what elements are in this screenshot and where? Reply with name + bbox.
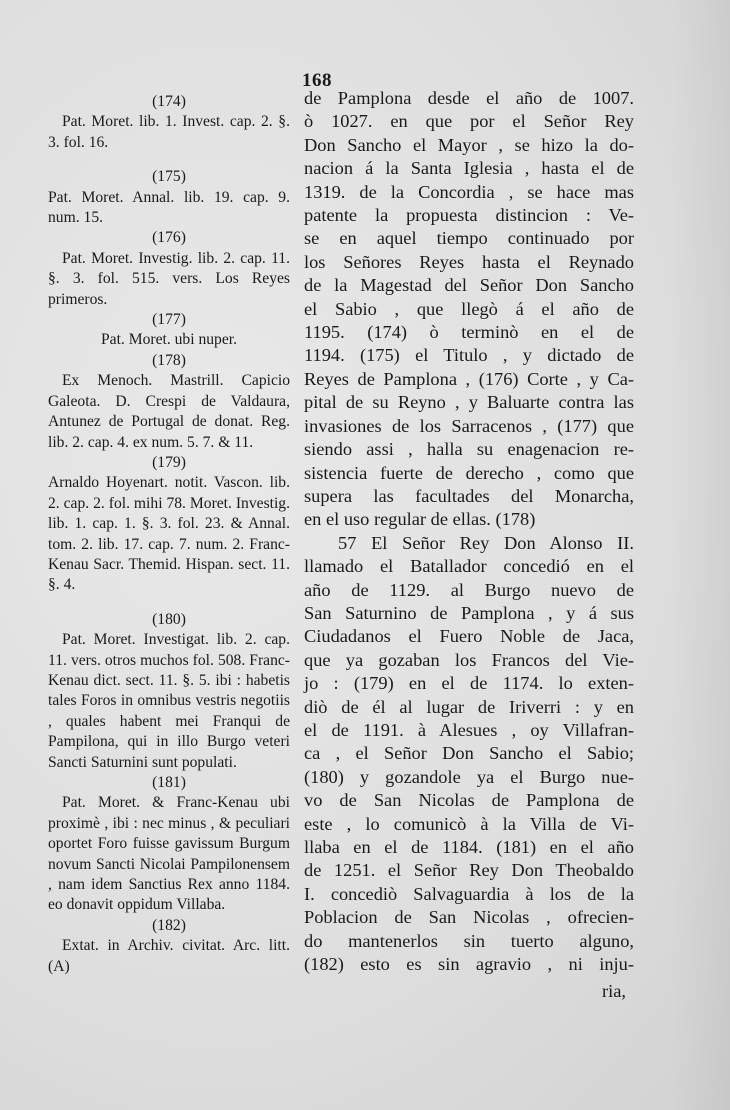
text-line: siendo assi , halla su enagenacion re- <box>304 438 634 461</box>
text-line: llaba en el de 1184. (181) en el año <box>304 836 634 859</box>
footnote-176: (176) Pat. Moret. Investig. lib. 2. cap.… <box>48 228 290 310</box>
main-text-column: de Pamplona desde el año de 1007. ò 1027… <box>304 87 634 1004</box>
footnote-text: Pat. Moret. Investigat. lib. 2. cap. 11.… <box>48 630 290 773</box>
text-line: I. concediò Salvaguardia à los de la <box>304 883 634 906</box>
text-line: jo : (179) en el de 1174. lo exten- <box>304 672 634 695</box>
footnote-180: (180) Pat. Moret. Investigat. lib. 2. ca… <box>48 610 290 773</box>
text-line: (182) esto es sin agravio , ni inju- <box>304 953 634 976</box>
footnote-text: Pat. Moret. & Franc-Kenau ubi proximè , … <box>48 793 290 915</box>
footnote-text: Pat. Moret. lib. 1. Invest. cap. 2. §. 3… <box>48 112 290 153</box>
text-line: ca , el Señor Don Sancho el Sabio; <box>304 742 634 765</box>
text-line: 1194. (175) el Titulo , y dictado de <box>304 344 634 367</box>
footnote-number: (180) <box>48 610 290 630</box>
footnote-number: (178) <box>48 351 290 371</box>
text-line: diò de él al lugar de Iriverri : y en <box>304 696 634 719</box>
footnote-179: (179) Arnaldo Hoyenart. notit. Vascon. l… <box>48 453 290 596</box>
footnotes-column: (174) Pat. Moret. lib. 1. Invest. cap. 2… <box>48 92 290 977</box>
text-line: vo de San Nicolas de Pamplona de <box>304 789 634 812</box>
text-line: el de 1191. à Alesues , oy Villafran- <box>304 719 634 742</box>
text-line: pital de su Reyno , y Baluarte contra la… <box>304 391 634 414</box>
text-line: San Saturnino de Pamplona , y á sus <box>304 602 634 625</box>
footnote-174: (174) Pat. Moret. lib. 1. Invest. cap. 2… <box>48 92 290 153</box>
text-line: este , lo comunicò à la Villa de Vi- <box>304 813 634 836</box>
text-line: invasiones de los Sarracenos , (177) que <box>304 415 634 438</box>
paragraph-57-start: 57 El Señor Rey Don Alonso II. <box>304 532 634 555</box>
footnote-number: (181) <box>48 773 290 793</box>
footnote-178: (178) Ex Menoch. Mastrill. Capicio Galeo… <box>48 351 290 453</box>
footnote-text: Pat. Moret. Investig. lib. 2. cap. 11. §… <box>48 249 290 310</box>
footnote-number: (179) <box>48 453 290 473</box>
footnote-text: Extat. in Archiv. civitat. Arc. litt. (A… <box>48 936 290 977</box>
footnote-number: (176) <box>48 228 290 248</box>
document-page: 168 (174) Pat. Moret. lib. 1. Invest. ca… <box>0 0 730 1110</box>
text-line: Don Sancho el Mayor , se hizo la do- <box>304 134 634 157</box>
text-line: en el uso regular de ellas. (178) <box>304 508 634 531</box>
footnote-text: Pat. Moret. Annal. lib. 19. cap. 9. num.… <box>48 188 290 229</box>
text-line: sistencia fuerte de derecho , como que <box>304 462 634 485</box>
footnote-text: Ex Menoch. Mastrill. Capicio Galeota. D.… <box>48 371 290 453</box>
text-line: ò 1027. en que por el Señor Rey <box>304 110 634 133</box>
text-line: Ciudadanos el Fuero Noble de Jaca, <box>304 625 634 648</box>
footnote-182: (182) Extat. in Archiv. civitat. Arc. li… <box>48 916 290 977</box>
text-line: (180) y gozandole ya el Burgo nue- <box>304 766 634 789</box>
text-line: de la Magestad del Señor Don Sancho <box>304 274 634 297</box>
footnote-number: (182) <box>48 916 290 936</box>
text-line: supera las facultades del Monarcha, <box>304 485 634 508</box>
text-line: el Sabio , que llegò á el año de <box>304 298 634 321</box>
text-line: los Señores Reyes hasta el Reynado <box>304 251 634 274</box>
page-edge-shadow <box>670 0 730 1110</box>
footnote-177: (177) Pat. Moret. ubi nuper. <box>48 310 290 351</box>
text-line: de 1251. el Señor Rey Don Theobaldo <box>304 859 634 882</box>
text-line: que ya gozaban los Francos del Vie- <box>304 649 634 672</box>
text-line: 1195. (174) ò terminò en el de <box>304 321 634 344</box>
text-line: 1319. de la Concordia , se hace mas <box>304 181 634 204</box>
text-line: Poblacion de San Nicolas , ofrecien- <box>304 906 634 929</box>
text-line: Reyes de Pamplona , (176) Corte , y Ca- <box>304 368 634 391</box>
catchword: ria, <box>304 980 634 1003</box>
text-line: año de 1129. al Burgo nuevo de <box>304 579 634 602</box>
text-line: llamado el Batallador concedió en el <box>304 555 634 578</box>
text-line: do mantenerlos sin tuerto alguno, <box>304 930 634 953</box>
text-line: de Pamplona desde el año de 1007. <box>304 87 634 110</box>
footnote-text: Pat. Moret. ubi nuper. <box>48 330 290 350</box>
text-line: nacion á la Santa Iglesia , hasta el de <box>304 157 634 180</box>
text-line: se en aquel tiempo continuado por <box>304 227 634 250</box>
footnote-number: (177) <box>48 310 290 330</box>
footnote-181: (181) Pat. Moret. & Franc-Kenau ubi prox… <box>48 773 290 916</box>
text-line: patente la propuesta distincion : Ve- <box>304 204 634 227</box>
footnote-text: Arnaldo Hoyenart. notit. Vascon. lib. 2.… <box>48 473 290 595</box>
footnote-number: (175) <box>48 167 290 187</box>
footnote-175: (175) Pat. Moret. Annal. lib. 19. cap. 9… <box>48 167 290 228</box>
footnote-number: (174) <box>48 92 290 112</box>
